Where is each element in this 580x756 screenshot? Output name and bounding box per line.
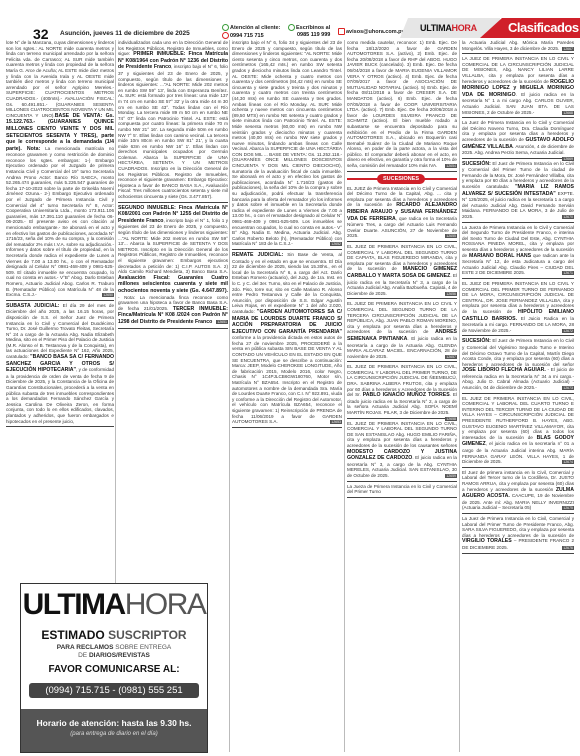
legal-notice: EL JUEZ DE PRIMERA INSTANCIA EN LO CIVIL… — [347, 244, 457, 296]
legal-notice: EL JUEZ DE PRIMERA INSTANCIA EN LO CIVIL… — [347, 364, 457, 415]
notice-code: 12674 — [562, 460, 574, 464]
ad-hours: Horario de atención: hasta las 9.30 hs. … — [21, 709, 207, 752]
notice-divider — [347, 497, 457, 498]
notice-divider — [232, 249, 342, 250]
section-title: Clasificados — [508, 20, 579, 35]
legal-notice: REMATE JUDICIAL: Sin Base de Venta, al C… — [232, 252, 342, 425]
notice-code: 12657 — [445, 355, 457, 359]
notice-divider — [347, 481, 457, 482]
column-1: lote N° de la Manzana, cuyas dimensiones… — [6, 40, 114, 568]
legal-notice: EL JUEZ de Primera Instancia en lo Civil… — [347, 186, 457, 239]
notice-code: 12668 — [562, 111, 574, 115]
notice-text: La mencionada matrícula no reconoce grav… — [6, 146, 114, 297]
notice-divider — [347, 241, 457, 242]
subscriber-ad: ULTIMAHORA ESTIMADO SUSCRIPTOR PARA RECL… — [20, 583, 208, 753]
notice-divider — [347, 418, 457, 419]
legal-notice: inscripto bajo el N° 6, folio 34 y sigui… — [232, 40, 342, 247]
column-2: individualizados cada uno en la Direcció… — [118, 40, 228, 580]
legal-notice: SUCESIÓN: El Juez de Primera Instancia e… — [462, 338, 574, 390]
notice-highlight: VIRGILIO TORALES — [462, 538, 512, 544]
legal-notice: SUBASTA JUDICIAL: El día 29 del mes de D… — [6, 303, 114, 424]
notice-code: 12652 — [330, 242, 342, 246]
notice-divider — [462, 393, 574, 394]
notice-highlight: JOSE LIBORIO FLECHA AGUIAR. — [462, 367, 546, 373]
column-6: la Actuaria Judicial Abg. Mónica María P… — [462, 40, 574, 756]
notice-divider — [118, 328, 228, 329]
notice-divider — [118, 202, 228, 203]
whatsapp-icon — [288, 24, 295, 31]
notice-divider — [462, 53, 574, 54]
notice-divider — [462, 513, 574, 514]
notice-highlight: SUBASTA JUDICIAL: — [6, 303, 59, 309]
legal-notice: individualizados cada uno en la Direcció… — [118, 40, 228, 200]
notice-divider — [462, 278, 574, 279]
notice-divider — [232, 427, 342, 428]
notice-divider — [462, 467, 574, 468]
notice-divider — [462, 158, 574, 159]
notice-highlight: SUCESIÓN: — [462, 161, 491, 167]
sucesiones-label: SUCESIONES — [377, 174, 425, 184]
notice-text: , inscripto bajo el N° 1, folio 1 y sigu… — [118, 218, 228, 274]
notice-highlight: Avaluación Fiscal: Guaraníes Cuatro mill… — [118, 275, 228, 294]
notice-code: 12667 — [562, 47, 574, 51]
ultimahora-logo: ULTIMAHORA — [420, 23, 477, 33]
customer-service: Atención al cliente: 0994 715 715 — [222, 24, 280, 40]
notice-text: conforme a la providencia dictada en est… — [232, 335, 342, 424]
notice-code: 12653 — [330, 420, 342, 424]
notice-text: El día 29 del mes de Diciembre del año 2… — [6, 303, 114, 359]
page-header: 32 Asunción, jueves 11 de diciembre de 2… — [0, 0, 580, 38]
notice-highlight: REMATE JUDICIAL: — [232, 252, 283, 258]
notice-highlight: SUCESIÓN: — [462, 338, 491, 344]
column-divider — [459, 40, 460, 752]
notice-code: 12651 — [216, 320, 228, 324]
ad-title: ESTIMADO SUSCRIPTOR — [21, 628, 207, 642]
notice-code: 12676 — [562, 546, 574, 550]
notice-divider — [347, 361, 457, 362]
notice-text: Sin Base de Venta, al Contado y en el es… — [232, 252, 342, 314]
notice-code: 12654 — [445, 164, 457, 168]
phone-icon — [222, 32, 229, 39]
notice-divider — [462, 222, 574, 223]
legal-notice: La Juez de Primera Instancia en lo Civil… — [462, 516, 574, 551]
ad-claims-text: PARA RECLAMOS SOBRE ENTREGA DE DIARIOS/R… — [21, 644, 207, 660]
notice-highlight: PABLO IGNACIO MUÑOZ TORRES — [363, 392, 450, 398]
notice-divider — [462, 335, 574, 336]
write-us: Escríbinos al 0985 119 999 — [288, 24, 330, 39]
whatsapp-icon — [222, 24, 229, 31]
email-address: avisos@uhora.com.py — [346, 29, 405, 35]
notice-divider — [347, 171, 457, 172]
notice-code: 12673 — [562, 386, 574, 390]
legal-notice: LA JUEZ DE PRIMERA INSTANCIA EN LO CIVIL… — [462, 56, 574, 115]
legal-notice: El Juez de primera instancia en lo Civil… — [462, 470, 574, 511]
notice-code: 12675 — [562, 506, 574, 510]
notice-code: 12650 — [102, 293, 114, 297]
notice-divider — [6, 426, 114, 427]
notice-text: La Juez de Primera Instancia en lo Civil… — [462, 516, 574, 538]
brand-banner: ULTIMAHORA Clasificados — [400, 18, 580, 38]
notice-code: 12671 — [562, 271, 574, 275]
ad-phone-numbers: (0994) 715.715 - (0981) 555 251 — [29, 683, 199, 698]
legal-notice: EL JUEZ DE PRIMERA INSTANCIA EN LO CIVIL… — [347, 301, 457, 359]
legal-notice: La Jueza de Primera Instancia en lo Civi… — [347, 484, 457, 495]
legal-notice: EL JUEZ DE PRIMERA INSTANCIA EN LO CIVIL… — [462, 396, 574, 465]
legal-notice: La Jueza de Primera Instancia en lo Civi… — [462, 225, 574, 276]
notice-divider — [347, 298, 457, 299]
notice-code: 12672 — [562, 329, 574, 333]
notice-text: EL JUEZ DE PRIMERA INSTANCIA EN LO CIVIL… — [462, 396, 574, 440]
notice-code: 12655 — [445, 234, 457, 238]
ad-call-text: FAVOR COMUNICARSE AL: — [21, 664, 207, 675]
notice-text: , y de conformidad a la providencia de o… — [6, 367, 114, 423]
ad-logo: ULTIMAHORA — [21, 588, 207, 622]
column-divider — [344, 40, 345, 752]
section-banner: SUCESIONES — [347, 174, 457, 184]
legal-notice: EL JUEZ DE PRIMERA INSTANCIA EN LO CIVIL… — [462, 281, 574, 333]
edition-date: Asunción, jueves 11 de diciembre de 2025 — [60, 30, 190, 37]
column-4: como medida cautelar, reconoce: 1) Emb. … — [347, 40, 457, 756]
column-3: inscripto bajo el N° 6, folio 34 y sigui… — [232, 40, 342, 756]
legal-notice: lote N° de la Manzana, cuyas dimensiones… — [6, 40, 114, 298]
notice-text: como medida cautelar, reconoce: 1) Emb. … — [347, 40, 457, 168]
notice-divider — [6, 300, 114, 301]
notice-text: lote N° de la Manzana, cuyas dimensiones… — [6, 40, 114, 118]
notice-code: 12659 — [445, 474, 457, 478]
notice-divider — [462, 117, 574, 118]
notice-code: 12656 — [445, 292, 457, 296]
column-divider — [229, 40, 230, 752]
notice-text: La Jueza de Primera Instancia en lo Civi… — [347, 484, 457, 495]
legal-notice: EL JUEZ DE PRIMERA INSTANCIA EN LO CIVIL… — [347, 421, 457, 479]
notice-text: EL JUEZ DE PRIMERA INSTANCIA EN LO CIVIL… — [347, 421, 457, 448]
notice-code: 12670 — [562, 215, 574, 219]
customer-service-phone: 0994 715 715 — [230, 33, 264, 39]
notice-text: , inscripto bajo el N° 6, folio 37 y sig… — [118, 64, 228, 199]
legal-notice: la Actuaria Judicial Abg. Mónica María P… — [462, 40, 574, 51]
notice-text: la Actuaria Judicial Abg. Mónica María P… — [462, 40, 574, 51]
notice-highlight: MARIANO BORAL HANS — [469, 253, 531, 259]
notice-divider — [462, 553, 574, 554]
legal-notice: SUCESIÓN: El Juez de Primera Instancia e… — [462, 161, 574, 220]
legal-notice: La Juez de Primera Instancia en lo Civil… — [462, 120, 574, 156]
legal-notice: SEGUNDO INMUEBLE: Finca /Matrícula N° K0… — [118, 205, 228, 326]
legal-notice: como medida cautelar, reconoce: 1) Emb. … — [347, 40, 457, 169]
email-contact: avisos@uhora.com.py — [338, 28, 405, 36]
write-phone: 0985 119 999 — [297, 32, 330, 38]
notice-text: inscripto bajo el N° 6, folio 34 y sigui… — [232, 40, 342, 246]
mail-icon — [338, 28, 345, 35]
